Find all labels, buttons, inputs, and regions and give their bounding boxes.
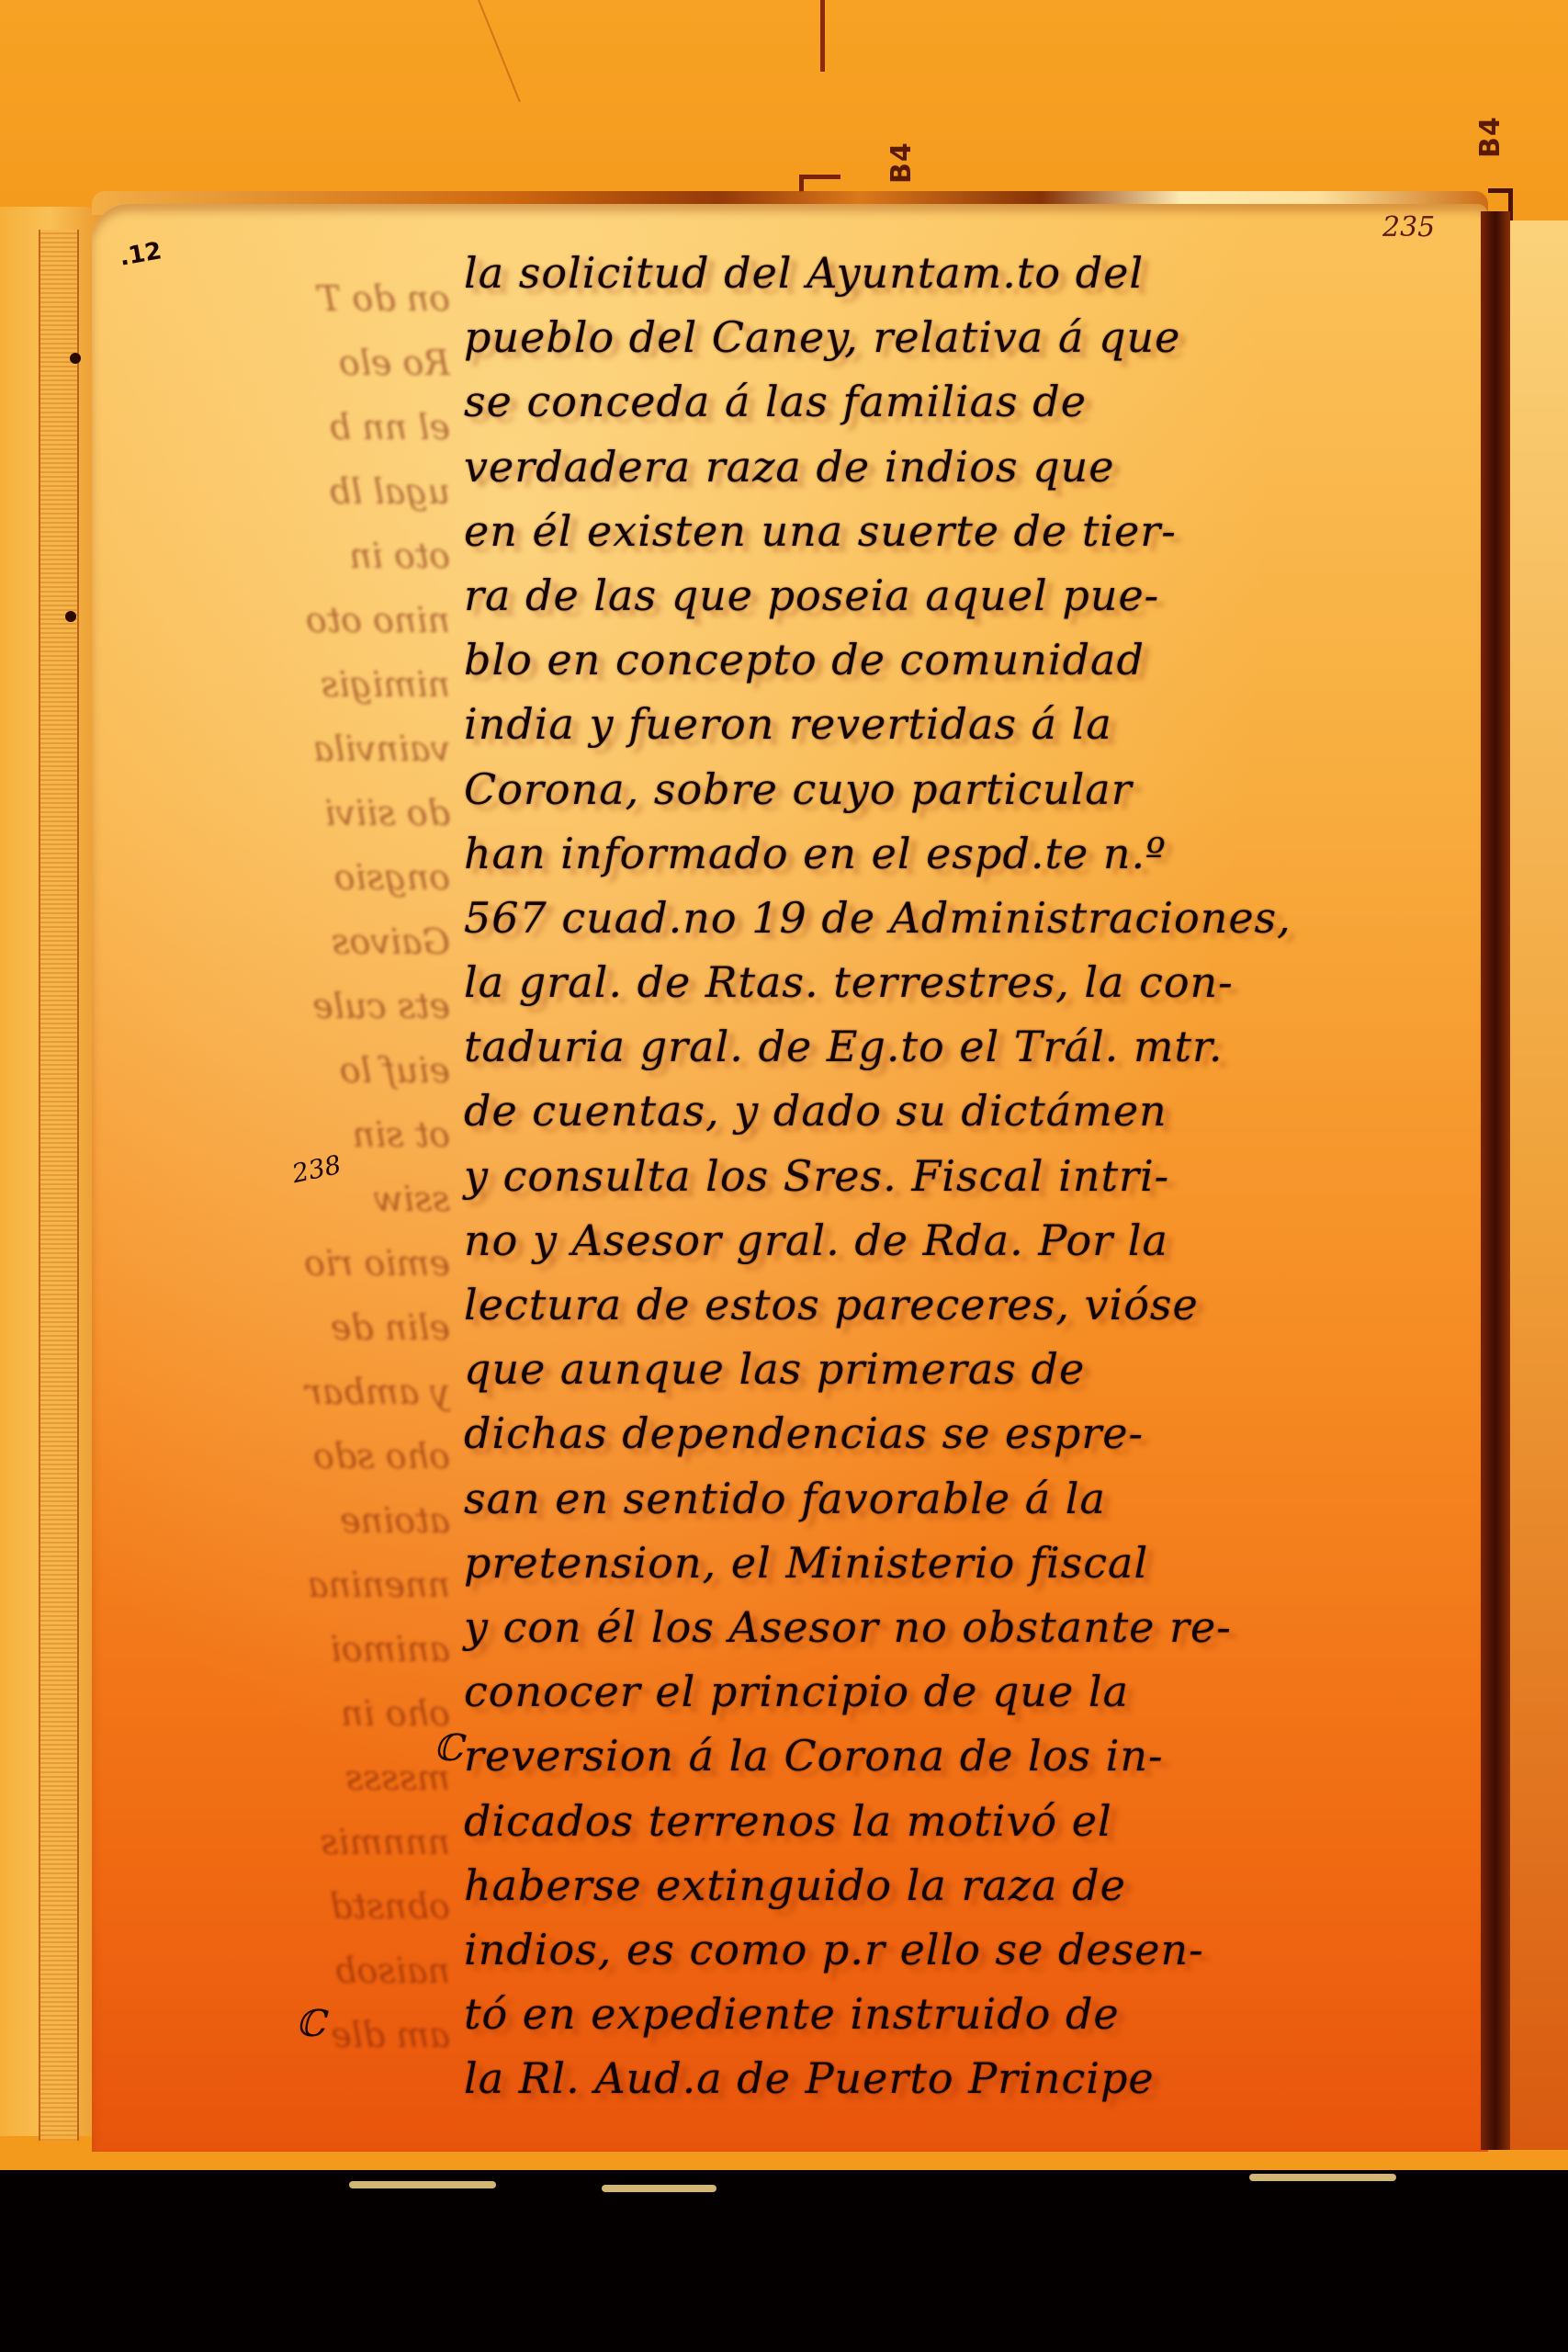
manuscript-line: san en sentido favorable á la <box>464 1466 1456 1531</box>
manuscript-line: pueblo del Caney, relativa á que <box>464 305 1456 369</box>
bottom-shadow-area <box>0 2170 1568 2352</box>
bleed-line: oho in <box>184 1681 450 1746</box>
margin-flourish-c: ℂ <box>434 1727 463 1770</box>
manuscript-line: de cuentas, y dado su dictámen <box>464 1079 1456 1143</box>
manuscript-line: reversion á la Corona de los in- <box>464 1724 1456 1788</box>
bleed-line: ugal lb <box>184 459 450 524</box>
bleed-line: ets cule <box>184 974 450 1038</box>
binding-stitch-dot <box>70 353 81 364</box>
manuscript-line: pretension, el Ministerio fiscal <box>464 1531 1456 1595</box>
manuscript-line: Corona, sobre cuyo particular <box>464 757 1456 821</box>
manuscript-line: y consulta los Sres. Fiscal intri- <box>464 1144 1456 1208</box>
bleed-line: nnenina <box>184 1553 450 1617</box>
bleed-line: Ro elo <box>184 331 450 395</box>
manuscript-line: la gral. de Rtas. terrestres, la con- <box>464 950 1456 1014</box>
page-edge-glint <box>1249 2174 1396 2181</box>
manuscript-line: y con él los Asesor no obstante re- <box>464 1595 1456 1659</box>
bleed-line: obnstd <box>184 1874 450 1939</box>
b4-marker-left: B4 <box>886 141 918 184</box>
manuscript-line: que aunque las primeras de <box>464 1337 1456 1401</box>
bleed-line: y ambar <box>184 1360 450 1424</box>
bleed-line: mssss <box>184 1746 450 1810</box>
folio-number: 235 <box>1382 211 1435 243</box>
manuscript-line: india y fueron revertidas á la <box>464 692 1456 756</box>
bleed-line: el nn b <box>184 395 450 459</box>
manuscript-line: dicados terrenos la motivó el <box>464 1789 1456 1853</box>
bleed-line: ongsio <box>184 845 450 910</box>
manuscript-line: verdadera raza de indios que <box>464 435 1456 499</box>
manuscript-line: taduria gral. de Eg.to el Trál. mtr. <box>464 1014 1456 1079</box>
bleed-line: on do T <box>184 266 450 331</box>
manuscript-line: se conceda á las familias de <box>464 369 1456 434</box>
crop-bracket-left <box>799 175 840 192</box>
bleed-line: eiuf lo <box>184 1038 450 1102</box>
manuscript-line: tó en expediente instruido de <box>464 1982 1456 2046</box>
manuscript-line: la solicitud del Ayuntam.to del <box>464 241 1456 305</box>
bleed-line: Gaivos <box>184 910 450 974</box>
bleed-line: oto in <box>184 524 450 588</box>
manuscript-text: la solicitud del Ayuntam.to del pueblo d… <box>464 241 1456 2110</box>
bleed-line: atoine <box>184 1488 450 1553</box>
bleed-line: vainvila <box>184 717 450 781</box>
margin-flourish-c: ℂ <box>296 2003 325 2045</box>
bleed-line: do siivi <box>184 781 450 845</box>
manuscript-line: dichas dependencias se espre- <box>464 1401 1456 1465</box>
manuscript-line: lectura de estos pareceres, vióse <box>464 1272 1456 1337</box>
page-right-edge <box>1481 211 1510 2150</box>
bleed-line: oho sdo <box>184 1424 450 1488</box>
manuscript-line: no y Asesor gral. de Rda. Por la <box>464 1208 1456 1272</box>
bleed-line: nino oto <box>184 588 450 652</box>
bleed-line: nimigis <box>184 652 450 717</box>
bleed-line: animoi <box>184 1617 450 1681</box>
registration-tick <box>820 0 825 72</box>
binding-stitch-dot <box>65 611 76 622</box>
manuscript-line: indios, es como p.r ello se desen- <box>464 1917 1456 1982</box>
manuscript-line: en él existen una suerte de tier- <box>464 499 1456 563</box>
manuscript-line: blo en concepto de comunidad <box>464 628 1456 692</box>
page-edge-glint <box>349 2181 496 2188</box>
right-backdrop <box>1510 220 1568 2150</box>
manuscript-line: ra de las que poseia aquel pue- <box>464 563 1456 628</box>
page-edge-glint <box>602 2185 716 2192</box>
bleed-line: naisob <box>184 1939 450 2003</box>
bleed-line: elin de <box>184 1295 450 1360</box>
manuscript-line: la Rl. Aud.a de Puerto Principe <box>464 2046 1456 2110</box>
bleed-line: emio rio <box>184 1231 450 1295</box>
manuscript-line: han informado en el espd.te n.º <box>464 821 1456 886</box>
manuscript-line: conocer el principio de que la <box>464 1659 1456 1724</box>
manuscript-line: haberse extinguido la raza de <box>464 1853 1456 1917</box>
book-binding <box>39 230 79 2141</box>
manuscript-line: 567 cuad.no 19 de Administraciones, <box>464 886 1456 950</box>
bleed-line: nnnmis <box>184 1810 450 1874</box>
b4-marker-right: B4 <box>1474 116 1506 158</box>
